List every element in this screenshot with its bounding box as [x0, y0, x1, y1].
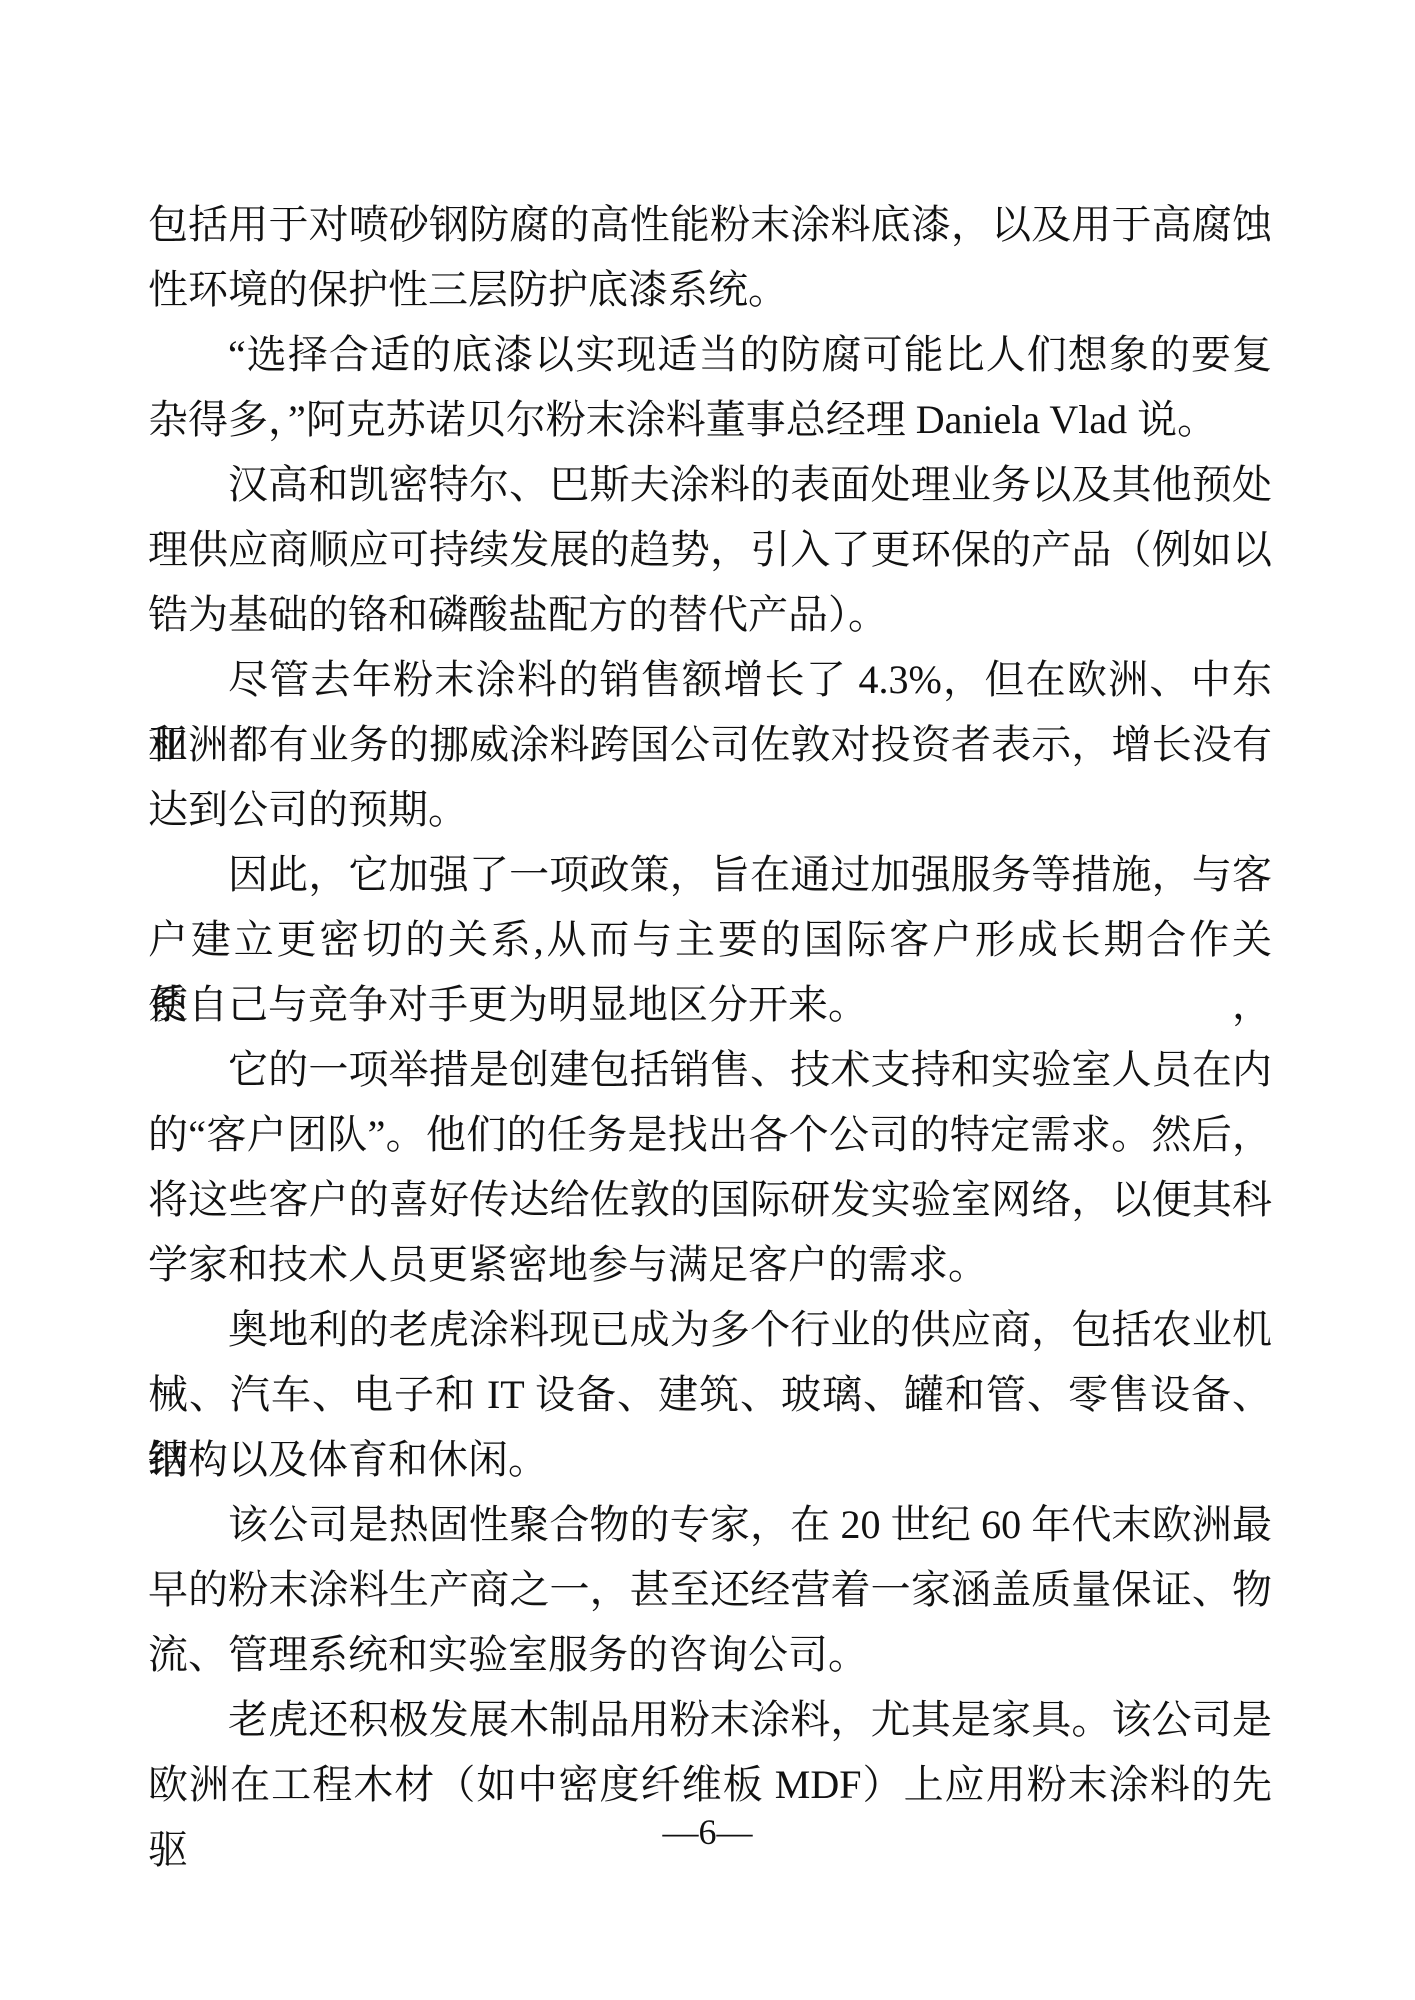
text-line: 因此，它加强了一项政策，旨在通过加强服务等措施，与客 — [148, 842, 1272, 907]
text-line: “选择合适的底漆以实现适当的防腐可能比人们想象的要复 — [148, 322, 1272, 387]
paragraph: 老虎还积极发展木制品用粉末涂料，尤其是家具。该公司是欧洲在工程木材（如中密度纤维… — [148, 1687, 1272, 1817]
text-line: 结构以及体育和休闲。 — [148, 1427, 1272, 1492]
text-line: 汉高和凯密特尔、巴斯夫涂料的表面处理业务以及其他预处 — [148, 452, 1272, 517]
text-line: 性环境的保护性三层防护底漆系统。 — [148, 257, 1272, 322]
text-line: 它的一项举措是创建包括销售、技术支持和实验室人员在内 — [148, 1037, 1272, 1102]
paragraph: 该公司是热固性聚合物的专家，在 20 世纪 60 年代末欧洲最早的粉末涂料生产商… — [148, 1492, 1272, 1687]
document-body: 包括用于对喷砂钢防腐的高性能粉末涂料底漆，以及用于高腐蚀性环境的保护性三层防护底… — [148, 192, 1272, 1817]
text-line: 杂得多，”阿克苏诺贝尔粉末涂料董事总经理 Daniela Vlad 说。 — [148, 387, 1272, 452]
text-line: 户建立更密切的关系,从而与主要的国际客户形成长期合作关系， — [148, 907, 1272, 972]
paragraph: 奥地利的老虎涂料现已成为多个行业的供应商，包括农业机械、汽车、电子和 IT 设备… — [148, 1297, 1272, 1492]
paragraph: “选择合适的底漆以实现适当的防腐可能比人们想象的要复杂得多，”阿克苏诺贝尔粉末涂… — [148, 322, 1272, 452]
text-line: 达到公司的预期。 — [148, 777, 1272, 842]
text-line: 将这些客户的喜好传达给佐敦的国际研发实验室网络，以便其科 — [148, 1167, 1272, 1232]
paragraph: 因此，它加强了一项政策，旨在通过加强服务等措施，与客户建立更密切的关系,从而与主… — [148, 842, 1272, 1037]
text-line: 老虎还积极发展木制品用粉末涂料，尤其是家具。该公司是 — [148, 1687, 1272, 1752]
text-line: 该公司是热固性聚合物的专家，在 20 世纪 60 年代末欧洲最 — [148, 1492, 1272, 1557]
text-line: 流、管理系统和实验室服务的咨询公司。 — [148, 1622, 1272, 1687]
page-number: —6— — [0, 1808, 1415, 1856]
text-line: 奥地利的老虎涂料现已成为多个行业的供应商，包括农业机 — [148, 1297, 1272, 1362]
text-line: 亚洲都有业务的挪威涂料跨国公司佐敦对投资者表示，增长没有 — [148, 712, 1272, 777]
paragraph: 包括用于对喷砂钢防腐的高性能粉末涂料底漆，以及用于高腐蚀性环境的保护性三层防护底… — [148, 192, 1272, 322]
text-line: 理供应商顺应可持续发展的趋势，引入了更环保的产品（例如以 — [148, 517, 1272, 582]
text-line: 的“客户团队”。他们的任务是找出各个公司的特定需求。然后， — [148, 1102, 1272, 1167]
paragraph: 汉高和凯密特尔、巴斯夫涂料的表面处理业务以及其他预处理供应商顺应可持续发展的趋势… — [148, 452, 1272, 647]
text-line: 锆为基础的铬和磷酸盐配方的替代产品）。 — [148, 582, 1272, 647]
text-line: 早的粉末涂料生产商之一，甚至还经营着一家涵盖质量保证、物 — [148, 1557, 1272, 1622]
paragraph: 它的一项举措是创建包括销售、技术支持和实验室人员在内的“客户团队”。他们的任务是… — [148, 1037, 1272, 1297]
text-line: 学家和技术人员更紧密地参与满足客户的需求。 — [148, 1232, 1272, 1297]
paragraph: 尽管去年粉末涂料的销售额增长了 4.3%，但在欧洲、中东和亚洲都有业务的挪威涂料… — [148, 647, 1272, 842]
text-line: 包括用于对喷砂钢防腐的高性能粉末涂料底漆，以及用于高腐蚀 — [148, 192, 1272, 257]
document-page: 包括用于对喷砂钢防腐的高性能粉末涂料底漆，以及用于高腐蚀性环境的保护性三层防护底… — [0, 0, 1415, 2000]
text-line: 械、汽车、电子和 IT 设备、建筑、玻璃、罐和管、零售设备、钢 — [148, 1362, 1272, 1427]
text-line: 尽管去年粉末涂料的销售额增长了 4.3%，但在欧洲、中东和 — [148, 647, 1272, 712]
